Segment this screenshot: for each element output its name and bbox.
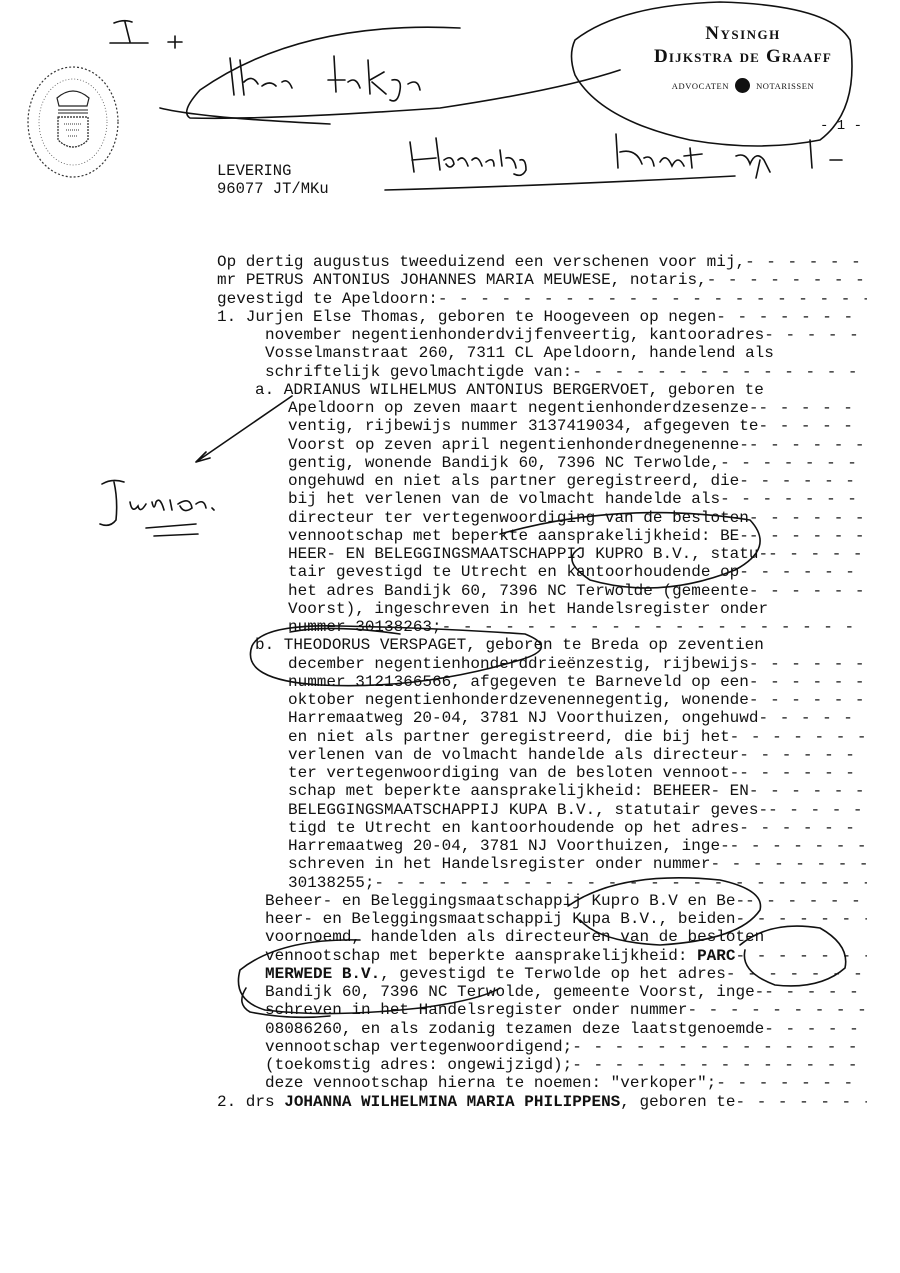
deed-line-text: schap met beperkte aansprakelijkheid: BE… [288, 782, 749, 800]
deed-line: en niet als partner geregistreerd, die b… [217, 728, 867, 746]
deed-line-text: ongehuwd en niet als partner geregistree… [288, 472, 739, 490]
line-filler-dashes [758, 709, 867, 727]
line-filler-dashes [764, 1020, 867, 1038]
deed-line-text: Harremaatweg 20-04, 3781 NJ Voorthuizen,… [288, 709, 758, 727]
deed-line-text: schriftelijk gevolmachtigde van: [265, 363, 572, 381]
deed-line: oktober negentienhonderdzevenennegentig,… [217, 691, 867, 709]
deed-line: HEER- EN BELEGGINGSMAATSCHAPPIJ KUPRO B.… [217, 545, 867, 563]
deed-line-text: tair gevestigd te Utrecht en kantoorhoud… [288, 563, 739, 581]
deed-line-text: BELEGGINGSMAATSCHAPPIJ KUPA B.V., statut… [288, 801, 768, 819]
deed-line-text: nummer 3121366566, afgegeven te Barnevel… [288, 673, 749, 691]
line-filler-dashes [739, 819, 867, 837]
deed-line: november negentienhonderdvijfenveertig, … [217, 326, 867, 344]
deed-line-text: a. ADRIANUS WILHELMUS ANTONIUS BERGERVOE… [255, 381, 764, 399]
line-filler-dashes [730, 837, 867, 855]
deed-line: 08086260, en als zodanig tezamen deze la… [217, 1020, 867, 1038]
firm-letterhead: Nysingh Dijkstra de Graaff ADVOCATEN NOT… [628, 22, 858, 93]
annotation-margin-note [100, 480, 214, 536]
line-filler-dashes [749, 673, 867, 691]
deed-line: ter vertegenwoordiging van de besloten v… [217, 764, 867, 782]
deed-line: schreven in het Handelsregister onder nu… [217, 1001, 867, 1019]
deed-line-text: en niet als partner geregistreerd, die b… [288, 728, 730, 746]
deed-line-text: nummer 30138263; [288, 618, 442, 636]
line-filler-dashes [749, 436, 867, 454]
deed-line-text: schreven in het Handelsregister onder nu… [265, 1001, 687, 1019]
deed-line-text: gentig, wonende Bandijk 60, 7396 NC Terw… [288, 454, 720, 472]
deed-line-text: Beheer- en Beleggingsmaatschappij Kupro … [265, 892, 745, 910]
deed-line-text: gevestigd te Apeldoorn: [217, 290, 438, 308]
line-filler-dashes [764, 326, 867, 344]
deed-line: december negentienhonderddrieënzestig, r… [217, 655, 867, 673]
deed-line: gevestigd te Apeldoorn: [217, 290, 867, 308]
line-filler-dashes [726, 965, 867, 983]
line-filler-dashes [720, 490, 867, 508]
notary-seal-icon [24, 62, 122, 187]
line-filler-dashes [749, 691, 867, 709]
document-reference: LEVERING 96077 JT/MKu [217, 162, 329, 198]
page-number: - 1 - [820, 118, 862, 134]
deed-line: verlenen van de volmacht handelde als di… [217, 746, 867, 764]
deed-line: Voorst), ingeschreven in het Handelsregi… [217, 600, 867, 618]
tag-notarissen: NOTARISSEN [756, 81, 814, 91]
line-filler-dashes [768, 545, 867, 563]
line-filler-dashes [749, 582, 867, 600]
line-filler-dashes [707, 271, 867, 289]
line-filler-dashes [572, 1038, 867, 1056]
line-filler-dashes [749, 527, 867, 545]
deed-line: Bandijk 60, 7396 NC Terwolde, gemeente V… [217, 983, 867, 1001]
deed-line-text: b. THEODORUS VERSPAGET, geboren te Breda… [255, 636, 764, 654]
line-filler-dashes [768, 801, 867, 819]
line-filler-dashes [572, 363, 867, 381]
deed-line: deze vennootschap hierna te noemen: "ver… [217, 1074, 867, 1092]
line-filler-dashes [745, 892, 867, 910]
deed-line: Apeldoorn op zeven maart negentienhonder… [217, 399, 867, 417]
firm-name-line2: Dijkstra de Graaff [628, 46, 858, 68]
deed-line-text: vennootschap met beperkte aansprakelijkh… [265, 947, 735, 965]
deed-line: schriftelijk gevolmachtigde van: [217, 363, 867, 381]
deed-line: 1. Jurjen Else Thomas, geboren te Hoogev… [217, 308, 867, 326]
deed-line: schreven in het Handelsregister onder nu… [217, 855, 867, 873]
line-filler-dashes [716, 308, 867, 326]
line-filler-dashes [572, 1056, 867, 1074]
line-filler-dashes [739, 563, 867, 581]
deed-line: Vosselmanstraat 260, 7311 CL Apeldoorn, … [217, 344, 867, 362]
line-filler-dashes [739, 764, 867, 782]
deed-line: (toekomstig adres: ongewijzigd); [217, 1056, 867, 1074]
line-filler-dashes [720, 454, 867, 472]
deed-line: 2. drs JOHANNA WILHELMINA MARIA PHILIPPE… [217, 1093, 867, 1111]
document-ref-code: 96077 JT/MKu [217, 180, 329, 198]
deed-line-text: Vosselmanstraat 260, 7311 CL Apeldoorn, … [265, 344, 774, 362]
deed-line: Harremaatweg 20-04, 3781 NJ Voorthuizen,… [217, 837, 867, 855]
deed-line-text: ventig, rijbewijs nummer 3137419034, afg… [288, 417, 758, 435]
deed-line: Beheer- en Beleggingsmaatschappij Kupro … [217, 892, 867, 910]
tag-advocaten: ADVOCATEN [672, 81, 729, 91]
deed-line: nummer 30138263; [217, 618, 867, 636]
deed-line-text: MERWEDE B.V., gevestigd te Terwolde op h… [265, 965, 726, 983]
line-filler-dashes [735, 947, 867, 965]
line-filler-dashes [442, 618, 867, 636]
deed-line-text: (toekomstig adres: ongewijzigd); [265, 1056, 572, 1074]
deed-line: b. THEODORUS VERSPAGET, geboren te Breda… [217, 636, 867, 654]
deed-line-text: 08086260, en als zodanig tezamen deze la… [265, 1020, 764, 1038]
line-filler-dashes [438, 290, 867, 308]
deed-line: Harremaatweg 20-04, 3781 NJ Voorthuizen,… [217, 709, 867, 727]
deed-line: tigd te Utrecht en kantoorhoudende op he… [217, 819, 867, 837]
line-filler-dashes [749, 509, 867, 527]
deed-line-text: 30138255; [288, 874, 374, 892]
line-filler-dashes [745, 253, 867, 271]
deed-line-text: schreven in het Handelsregister onder nu… [288, 855, 710, 873]
line-filler-dashes [758, 399, 867, 417]
deed-line-text: Voorst op zeven april negentienhonderdne… [288, 436, 749, 454]
deed-line-text: Apeldoorn op zeven maart negentienhonder… [288, 399, 758, 417]
line-filler-dashes [739, 746, 867, 764]
line-filler-dashes [736, 1093, 868, 1111]
deed-line-text: vennootschap vertegenwoordigend; [265, 1038, 572, 1056]
deed-line: mr PETRUS ANTONIUS JOHANNES MARIA MEUWES… [217, 271, 867, 289]
annotation-circled-note [160, 27, 620, 124]
line-filler-dashes [730, 728, 867, 746]
line-filler-dashes [749, 655, 867, 673]
deed-line-text: HEER- EN BELEGGINGSMAATSCHAPPIJ KUPRO B.… [288, 545, 768, 563]
deed-line-text: bij het verlenen van de volmacht handeld… [288, 490, 720, 508]
deed-line: bij het verlenen van de volmacht handeld… [217, 490, 867, 508]
document-type: LEVERING [217, 162, 329, 180]
deed-line-text: tigd te Utrecht en kantoorhoudende op he… [288, 819, 739, 837]
deed-line: Voorst op zeven april negentienhonderdne… [217, 436, 867, 454]
deed-line: tair gevestigd te Utrecht en kantoorhoud… [217, 563, 867, 581]
deed-line: a. ADRIANUS WILHELMUS ANTONIUS BERGERVOE… [217, 381, 867, 399]
deed-line: vennootschap met beperkte aansprakelijkh… [217, 947, 867, 965]
bullet-dot-icon [735, 78, 750, 93]
deed-line: gentig, wonende Bandijk 60, 7396 NC Terw… [217, 454, 867, 472]
deed-line: heer- en Beleggingsmaatschappij Kupa B.V… [217, 910, 867, 928]
deed-line-text: 1. Jurjen Else Thomas, geboren te Hoogev… [217, 308, 716, 326]
deed-line-text: Bandijk 60, 7396 NC Terwolde, gemeente V… [265, 983, 764, 1001]
line-filler-dashes [716, 1074, 867, 1092]
deed-line: schap met beperkte aansprakelijkheid: BE… [217, 782, 867, 800]
deed-line-text: voornoemd, handelden als directeuren van… [265, 928, 764, 946]
line-filler-dashes [758, 417, 867, 435]
line-filler-dashes [710, 855, 867, 873]
deed-line-text: oktober negentienhonderdzevenennegentig,… [288, 691, 749, 709]
deed-line-text: november negentienhonderdvijfenveertig, … [265, 326, 764, 344]
deed-line-text: deze vennootschap hierna te noemen: "ver… [265, 1074, 716, 1092]
line-filler-dashes [735, 910, 867, 928]
deed-line: BELEGGINGSMAATSCHAPPIJ KUPA B.V., statut… [217, 801, 867, 819]
deed-line: Op dertig augustus tweeduizend een versc… [217, 253, 867, 271]
deed-line-text: Voorst), ingeschreven in het Handelsregi… [288, 600, 768, 618]
deed-line-text: het adres Bandijk 60, 7396 NC Terwolde (… [288, 582, 749, 600]
deed-line: voornoemd, handelden als directeuren van… [217, 928, 867, 946]
deed-line-text: ter vertegenwoordiging van de besloten v… [288, 764, 739, 782]
deed-line-text: directeur ter vertegenwoordiging van de … [288, 509, 749, 527]
firm-tagline: ADVOCATEN NOTARISSEN [628, 78, 858, 93]
annotation-header-note [385, 134, 842, 190]
deed-line: MERWEDE B.V., gevestigd te Terwolde op h… [217, 965, 867, 983]
line-filler-dashes [739, 472, 867, 490]
deed-line-text: Harremaatweg 20-04, 3781 NJ Voorthuizen,… [288, 837, 730, 855]
annotation-top-left [110, 21, 182, 48]
deed-line: 30138255; [217, 874, 867, 892]
deed-line: het adres Bandijk 60, 7396 NC Terwolde (… [217, 582, 867, 600]
deed-body-text: Op dertig augustus tweeduizend een versc… [217, 253, 867, 1111]
deed-line: ventig, rijbewijs nummer 3137419034, afg… [217, 417, 867, 435]
line-filler-dashes [374, 874, 867, 892]
line-filler-dashes [749, 782, 867, 800]
deed-line-text: 2. drs JOHANNA WILHELMINA MARIA PHILIPPE… [217, 1093, 736, 1111]
deed-line-text: december negentienhonderddrieënzestig, r… [288, 655, 749, 673]
line-filler-dashes [764, 983, 867, 1001]
deed-line-text: mr PETRUS ANTONIUS JOHANNES MARIA MEUWES… [217, 271, 707, 289]
firm-name-line1: Nysingh [628, 22, 858, 46]
line-filler-dashes [687, 1001, 867, 1019]
document-page: Nysingh Dijkstra de Graaff ADVOCATEN NOT… [0, 0, 900, 1273]
deed-line-text: verlenen van de volmacht handelde als di… [288, 746, 739, 764]
deed-line-text: heer- en Beleggingsmaatschappij Kupa B.V… [265, 910, 735, 928]
deed-line-text: Op dertig augustus tweeduizend een versc… [217, 253, 745, 271]
deed-line: vennootschap met beperkte aansprakelijkh… [217, 527, 867, 545]
deed-line: ongehuwd en niet als partner geregistree… [217, 472, 867, 490]
deed-line: nummer 3121366566, afgegeven te Barnevel… [217, 673, 867, 691]
deed-line: vennootschap vertegenwoordigend; [217, 1038, 867, 1056]
deed-line-text: vennootschap met beperkte aansprakelijkh… [288, 527, 749, 545]
deed-line: directeur ter vertegenwoordiging van de … [217, 509, 867, 527]
